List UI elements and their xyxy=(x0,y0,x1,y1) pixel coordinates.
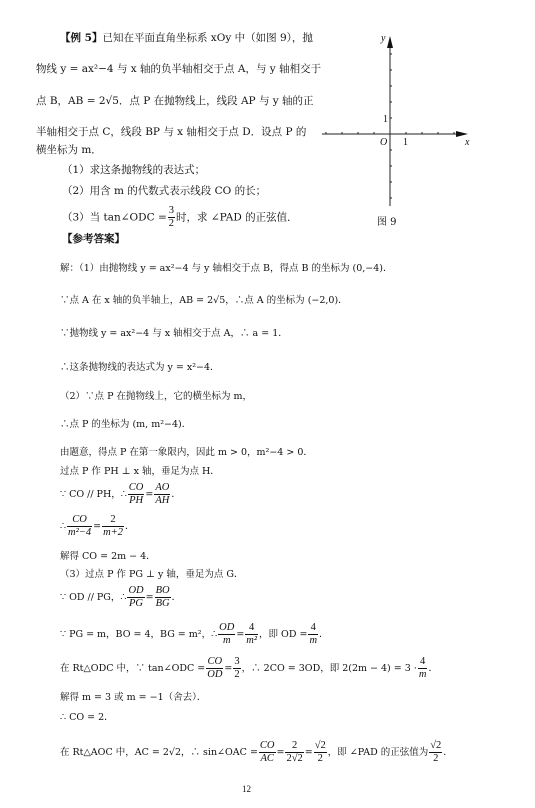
fraction: BOBG xyxy=(155,585,171,610)
question-3: （3）当 tan∠ODC =32时，求 ∠PAD 的正弦值． xyxy=(62,205,298,230)
solution-line: 由题意，得点 P 在第一象限内，因此 m > 0，m²−4 > 0． xyxy=(60,446,313,460)
solution-line: ∵ CO // PH，∴COPH=AOAH． xyxy=(60,482,181,507)
problem-line-2: 物线 y = ax²−4 与 x 轴的负半轴相交于点 A，与 y 轴相交于 xyxy=(36,62,321,76)
solution-line: ∴ CO = 2． xyxy=(60,711,114,725)
fraction: 4m xyxy=(418,656,428,681)
fraction: COm²−4 xyxy=(67,514,92,539)
page-number: 12 xyxy=(242,784,251,794)
fraction: 2m+2 xyxy=(102,514,124,539)
fraction: ODm xyxy=(218,622,235,647)
solution-line: 解得 CO = 2m − 4． xyxy=(60,550,156,564)
fraction: 22√2 xyxy=(285,740,303,765)
question-3-post: 时，求 ∠PAD 的正弦值． xyxy=(176,212,298,224)
fraction: 32 xyxy=(233,656,240,681)
problem-text-1: 已知在平面直角坐标系 xOy 中（如图 9），抛 xyxy=(102,32,312,44)
coordinate-axes-figure xyxy=(318,32,478,212)
solution-line: 过点 P 作 PH ⊥ x 轴，垂足为点 H． xyxy=(60,465,220,479)
fraction: COAC xyxy=(259,740,276,765)
x-axis-label: x xyxy=(465,136,469,150)
solution-line: 解：（1）由抛物线 y = ax²−4 与 y 轴相交于点 B，得点 B 的坐标… xyxy=(60,262,392,276)
fraction: √22 xyxy=(429,740,442,765)
solution-line: ∵点 A 在 x 轴的负半轴上，AB = 2√5，∴点 A 的坐标为 (−2,0… xyxy=(60,294,348,308)
fraction: 4m² xyxy=(245,622,258,647)
origin-label: O xyxy=(380,136,387,150)
solution-line: ∵ PG = m，BO = 4，BG = m²，∴ODm=4m²，即 OD =4… xyxy=(60,622,329,647)
answer-heading: 【参考答案】 xyxy=(62,232,125,246)
problem-label: 【例 5】 xyxy=(60,32,102,44)
problem-line-5: 横坐标为 m． xyxy=(36,143,102,157)
solution-line: ∴这条抛物线的表达式为 y = x²−4． xyxy=(60,361,220,375)
fraction: 4m xyxy=(308,622,318,647)
y-tick-label: 1 xyxy=(383,113,388,127)
y-axis-arrow-icon xyxy=(387,36,393,48)
question-1: （1）求这条抛物线的表达式； xyxy=(62,163,205,177)
figure-caption: 图 9 xyxy=(377,213,397,228)
solution-line: ∴COm²−4=2m+2． xyxy=(60,514,135,539)
problem-line-4: 半轴相交于点 C，线段 BP 与 x 轴相交于点 D．设点 P 的 xyxy=(36,125,306,139)
fraction: COOD xyxy=(206,656,223,681)
fraction: 32 xyxy=(168,205,175,230)
problem-line-3: 点 B，AB = 2√5．点 P 在抛物线上，线段 AP 与 y 轴的正 xyxy=(36,94,314,108)
fraction: AOAH xyxy=(154,482,170,507)
solution-line: （2）∵点 P 在抛物线上，它的横坐标为 m， xyxy=(60,390,252,404)
fraction: ODPG xyxy=(127,585,144,610)
fraction: √22 xyxy=(314,740,327,765)
question-2: （2）用含 m 的代数式表示线段 CO 的长； xyxy=(62,184,266,198)
solution-line: ∵ OD // PG，∴ODPG=BOBG． xyxy=(60,585,181,610)
x-tick-label: 1 xyxy=(403,136,408,150)
solution-line: （3）过点 P 作 PG ⊥ y 轴，垂足为点 G． xyxy=(60,568,243,582)
solution-line: 解得 m = 3 或 m = −1（舍去）． xyxy=(60,691,206,705)
solution-line: 在 Rt△ODC 中，∵ tan∠ODC =COOD=32，∴ 2CO = 3O… xyxy=(60,656,438,681)
question-3-pre: （3）当 tan∠ODC = xyxy=(62,212,167,224)
y-axis-label: y xyxy=(381,32,385,46)
problem-line-1: 【例 5】已知在平面直角坐标系 xOy 中（如图 9），抛 xyxy=(60,31,313,45)
solution-line: 在 Rt△AOC 中，AC = 2√2，∴ sin∠OAC =COAC=22√2… xyxy=(60,740,453,765)
solution-line: ∴点 P 的坐标为 (m, m²−4)． xyxy=(60,418,191,432)
fraction: COPH xyxy=(128,482,145,507)
solution-line: ∵抛物线 y = ax²−4 与 x 轴相交于点 A，∴ a = 1． xyxy=(60,327,288,341)
